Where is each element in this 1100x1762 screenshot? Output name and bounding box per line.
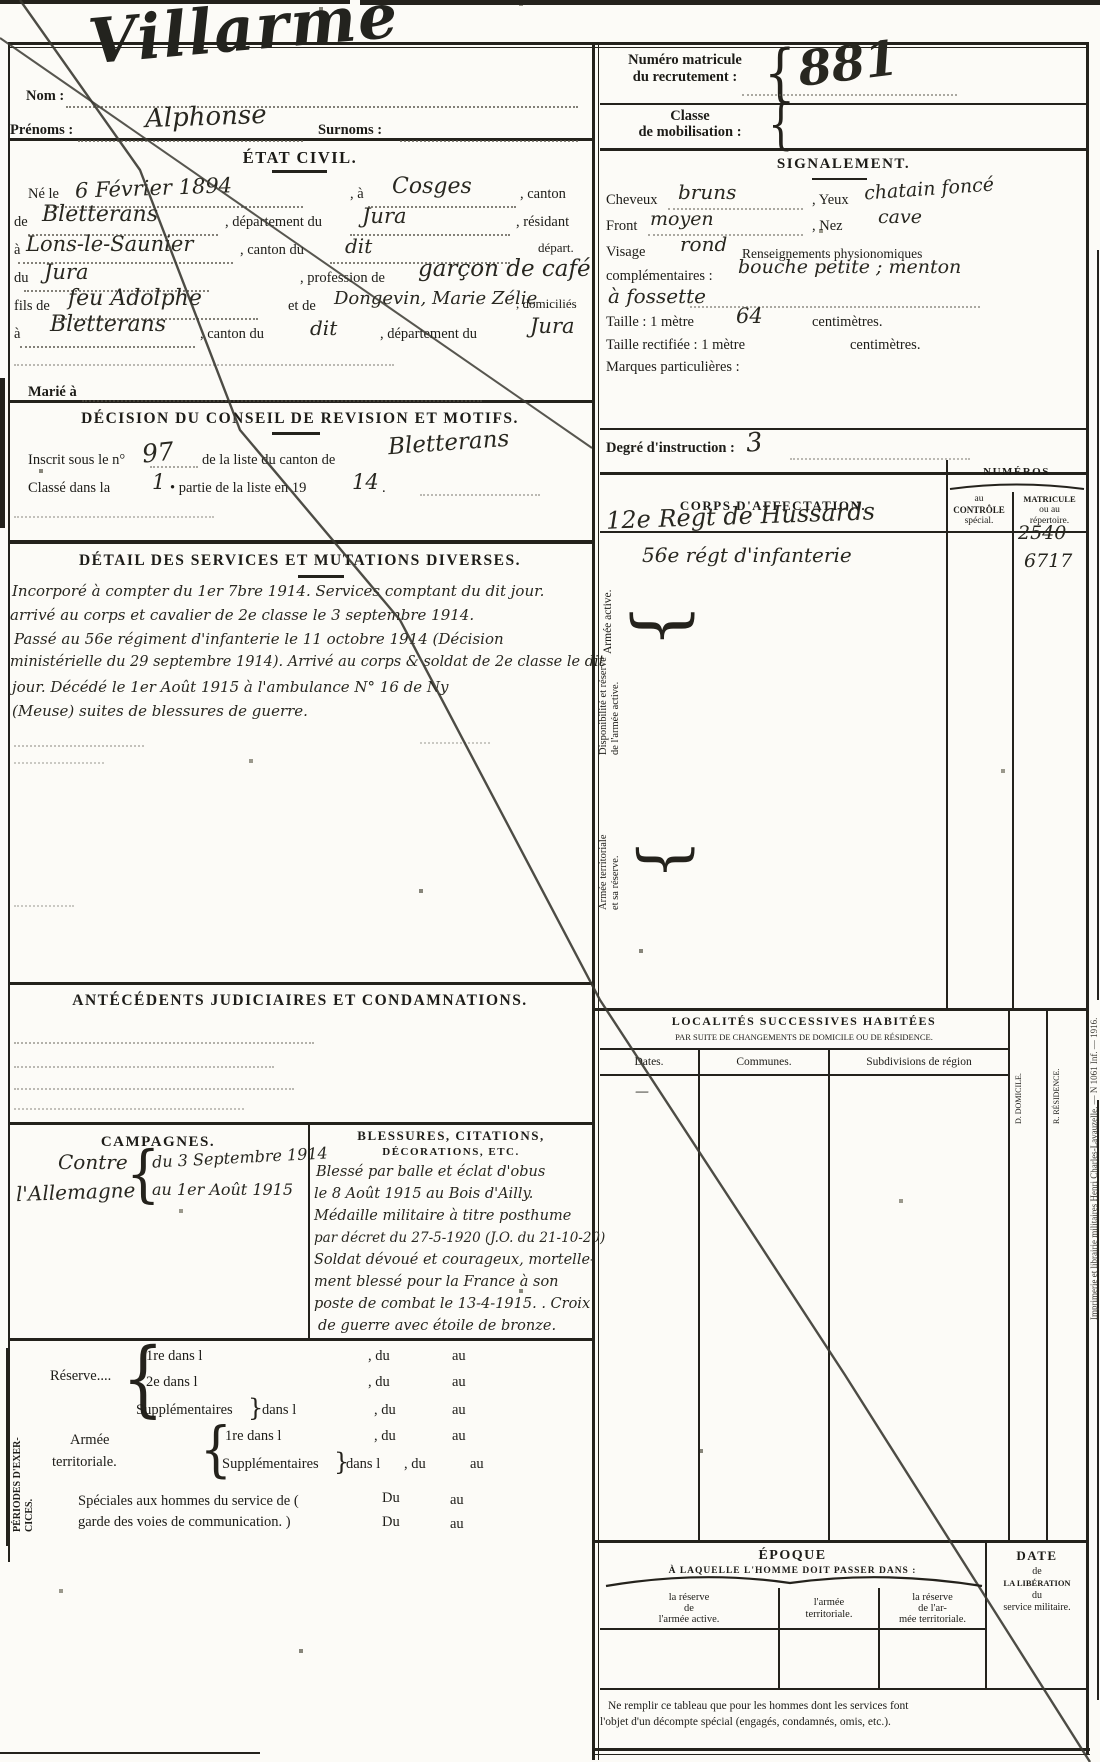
localites-subtitle: PAR SUITE DE CHANGEMENTS DE DOMICILE OU … <box>600 1032 1008 1042</box>
matricule-entry-handwritten: 6717 <box>1024 550 1072 572</box>
yeux-label: , Yeux <box>812 192 849 209</box>
blessure-line: Médaille militaire à titre posthume <box>314 1208 571 1224</box>
residence-handwritten: Lons-le-Saunier <box>26 232 193 256</box>
service-line: arrivé au corps et cavalier de 2e classe… <box>10 606 474 624</box>
rule <box>592 1008 1087 1011</box>
instruction-label: Degré d'instruction : <box>606 440 735 457</box>
periode-row: Supplémentaires <box>222 1456 319 1473</box>
instruction-handwritten: 3 <box>745 427 764 458</box>
form-label: et de <box>288 298 316 315</box>
epoque-col2-label: territoriale. <box>780 1609 878 1620</box>
epoque-col1-label: l'armée active. <box>600 1614 778 1625</box>
periode-row: dans l <box>346 1456 380 1473</box>
speciales-label-1: Spéciales aux hommes du service de ( <box>78 1493 299 1510</box>
profession-handwritten: garçon de café <box>418 256 591 282</box>
form-label: Classé dans la <box>28 480 110 497</box>
brace-glyph: { <box>200 1414 232 1484</box>
title-dash <box>272 432 320 435</box>
rule <box>1046 1010 1048 1540</box>
visage-handwritten: rond <box>680 232 727 256</box>
canton-list-handwritten: Bletterans <box>387 426 510 460</box>
dotted-line <box>420 494 540 496</box>
blessure-line: Blessé par balle et éclat d'obus <box>316 1164 545 1180</box>
nez-label: , Nez <box>812 218 843 235</box>
au-label: au <box>470 1456 484 1473</box>
dotted-line <box>14 745 144 747</box>
rule <box>698 1048 700 1540</box>
dotted-line <box>20 346 195 348</box>
date-liberation-header: service militaire. <box>987 1602 1087 1613</box>
form-label: , canton <box>520 186 566 203</box>
campagne-against-handwritten: Contre <box>58 1150 128 1174</box>
rule <box>8 1122 592 1125</box>
speciales-label-2: garde des voies de communication. ) <box>78 1514 291 1531</box>
title-dash <box>272 170 327 173</box>
surnoms-label: Surnoms : <box>318 122 382 139</box>
front-handwritten: moyen <box>650 208 714 230</box>
form-label: de la liste du canton de <box>202 452 335 469</box>
form-label: de <box>14 214 28 231</box>
mother-handwritten: Dongevin, Marie Zélie <box>334 288 537 309</box>
rule <box>8 42 10 1562</box>
rule <box>600 1628 985 1630</box>
scanned-military-record: Villarme Nom : Prénoms : Alphonse Surnom… <box>0 0 1100 1762</box>
margin-mark <box>0 378 5 528</box>
form-label: , département du <box>225 214 322 231</box>
periode-row: 1re dans l <box>146 1348 202 1365</box>
dotted-line <box>690 306 980 308</box>
rule <box>592 1748 1090 1751</box>
campagne-against2-handwritten: l'Allemagne <box>16 1178 136 1206</box>
epoque-subtitle: À LAQUELLE L'HOMME DOIT PASSER DANS : <box>600 1566 985 1576</box>
service-line: Incorporé à compter du 1er 7bre 1914. Se… <box>12 582 544 600</box>
father-handwritten: feu Adolphe <box>68 286 202 311</box>
dotted-line <box>14 762 104 764</box>
title-dash <box>812 178 867 180</box>
departement3-handwritten: Jura <box>530 314 575 338</box>
du-label: , du <box>404 1456 426 1473</box>
epoque-footnote-line2: l'objet d'un décompte spécial (engagés, … <box>600 1716 891 1728</box>
epoque-col2-label: l'armée <box>780 1597 878 1608</box>
departement-handwritten: Jura <box>362 204 407 228</box>
au-label: au <box>452 1374 466 1391</box>
form-label: , profession de <box>300 270 385 287</box>
form-label: , canton du <box>200 326 264 343</box>
classe-label-line2: de mobilisation : <box>620 124 760 141</box>
periode-row: 1re dans l <box>225 1428 281 1445</box>
epoque-footnote-line1: Ne remplir ce tableau que pour les homme… <box>608 1700 909 1712</box>
du-label: , du <box>374 1428 396 1445</box>
territoriale-label-2: territoriale. <box>52 1454 117 1471</box>
rule <box>8 540 592 544</box>
renseignements-handwritten-2: à fossette <box>608 284 706 308</box>
form-label: , résidant <box>516 214 569 231</box>
form-label: à <box>14 326 20 343</box>
rule <box>8 982 592 985</box>
epoque-col1-label: la réserve <box>600 1592 778 1603</box>
rule <box>600 1074 1008 1076</box>
du-label: Du <box>382 1514 400 1531</box>
reserve-label: Réserve.... <box>50 1368 111 1385</box>
etat-civil-title: ÉTAT CIVIL. <box>8 148 592 168</box>
rule <box>600 428 1086 430</box>
printer-imprint: Imprimerie et librairie militaires Henri… <box>1089 420 1099 1320</box>
renseignements-handwritten-1: bouche petite ; menton <box>738 256 961 278</box>
form-label: , domiciliés <box>516 296 577 312</box>
canton-dit2-handwritten: dit <box>310 316 337 340</box>
cheveux-label: Cheveux <box>606 192 658 209</box>
blessures-title-line2: DÉCORATIONS, ETC. <box>310 1146 592 1158</box>
au-label: au <box>452 1402 466 1419</box>
rule <box>600 1688 1087 1690</box>
disponibilite-row-label-1: Disponibilité et réserve <box>598 590 609 755</box>
rule <box>8 1338 592 1341</box>
list-number-handwritten: 97 <box>141 436 176 468</box>
date-liberation-header: de <box>987 1566 1087 1577</box>
form-label: , département du <box>380 326 477 343</box>
dotted-line <box>14 1088 294 1090</box>
marques-label: Marques particulières : <box>606 359 740 376</box>
localites-title: LOCALITÉS SUCCESSIVES HABITÉES <box>600 1014 1008 1029</box>
rule <box>592 42 595 1760</box>
epoque-col3-label: de l'ar- <box>880 1603 985 1614</box>
dotted-line <box>14 1066 274 1068</box>
au-label: au <box>452 1348 466 1365</box>
epoque-title: ÉPOQUE <box>600 1548 985 1564</box>
title-dash <box>298 575 344 578</box>
periodes-side-label-2: CICES. <box>24 1352 35 1532</box>
renseignements-label-2: complémentaires : <box>606 268 713 285</box>
dotted-line <box>14 364 394 366</box>
dotted-line <box>14 516 214 518</box>
matricule-number-handwritten: 881 <box>795 30 901 98</box>
dotted-line <box>420 742 490 744</box>
du-label: , du <box>368 1348 390 1365</box>
rule <box>600 148 1086 151</box>
partie-handwritten: 1 <box>152 470 165 494</box>
rule <box>600 1048 1008 1050</box>
service-line: ministérielle du 29 septembre 1914). Arr… <box>10 654 604 670</box>
blessure-line: poste de combat le 13-4-1915. . Croix <box>314 1296 590 1312</box>
numeros-header: NUMÉROS <box>946 466 1087 478</box>
brace-glyph: { <box>768 94 793 156</box>
blessure-line: par décret du 27-5-1920 (J.O. du 21-10-2… <box>314 1230 605 1246</box>
form-label: du <box>14 270 29 287</box>
canton-handwritten: Bletterans <box>42 202 158 227</box>
surname-handwritten: Villarme <box>85 0 402 78</box>
date-liberation-header: du <box>987 1590 1087 1601</box>
dotted-line <box>14 1042 314 1044</box>
birthdate-handwritten: 6 Février 1894 <box>75 173 233 202</box>
taille-handwritten: 64 <box>736 304 763 328</box>
form-label: . <box>382 480 386 497</box>
rule <box>1012 492 1014 1008</box>
classe-label-line1: Classe <box>620 108 760 125</box>
rule <box>592 1540 1087 1543</box>
form-label: • partie de la liste en 19 <box>170 480 306 497</box>
blessures-title-line1: BLESSURES, CITATIONS, <box>310 1128 592 1144</box>
annee-handwritten: 14 <box>352 470 379 494</box>
antecedents-title: ANTÉCÉDENTS JUDICIAIRES ET CONDAMNATIONS… <box>8 992 592 1010</box>
form-label: Né le <box>28 186 59 203</box>
birthplace-handwritten: Cosges <box>392 174 472 199</box>
blessure-line: ment blessé pour la France à son <box>314 1274 559 1290</box>
nom-label: Nom : <box>26 88 64 105</box>
periodes-side-label-1: PÉRIODES D'EXER- <box>12 1352 23 1532</box>
signalement-title: SIGNALEMENT. <box>600 156 1087 173</box>
domicile-handwritten: Bletterans <box>50 312 166 337</box>
controle-col-label: au <box>946 494 1012 504</box>
dotted-line <box>14 905 74 907</box>
rule <box>828 1048 830 1540</box>
brace-glyph: { <box>626 790 700 880</box>
rule <box>592 1754 1090 1755</box>
rule <box>0 1752 260 1754</box>
periodes-bracket <box>6 1348 9 1546</box>
marie-label: Marié à <box>28 384 77 401</box>
rule <box>600 103 1086 105</box>
brace-glyph: { <box>618 548 700 648</box>
territoriale-row-label-2: et sa réserve. <box>610 760 621 910</box>
periode-row: 2e dans l <box>146 1374 198 1391</box>
territoriale-row-label-1: Armée territoriale <box>598 760 609 910</box>
dates-col-header: Dates. <box>600 1056 698 1068</box>
campagne-au-handwritten: au 1er Août 1915 <box>152 1180 293 1199</box>
service-line: jour. Décédé le 1er Août 1915 à l'ambula… <box>12 678 449 696</box>
form-label: fils de <box>14 298 50 315</box>
matricule-col-label: ou au <box>1012 505 1087 515</box>
service-line: Passé au 56e régiment d'infanterie le 11… <box>14 630 504 648</box>
visage-label: Visage <box>606 244 645 261</box>
communes-col-header: Communes. <box>700 1056 828 1068</box>
nez-handwritten: cave <box>878 206 922 228</box>
domicile-side-label: D. DOMICILE. <box>1014 1012 1023 1124</box>
matricule-entry-handwritten: 2540 <box>1018 522 1066 544</box>
controle-col-label: spécial. <box>946 516 1012 526</box>
blessure-line: de guerre avec étoile de bronze. <box>318 1318 556 1334</box>
residence-side-label: R. RÉSIDENCE. <box>1052 1012 1061 1124</box>
blessure-line: Soldat dévoué et courageux, mortelle- <box>314 1252 595 1268</box>
dotted-line <box>150 466 198 468</box>
epoque-col1-label: de <box>600 1603 778 1614</box>
form-label: départ. <box>538 240 574 256</box>
date-liberation-header: DATE <box>987 1548 1087 1564</box>
yeux-handwritten: chatain foncé <box>863 173 994 204</box>
rule <box>360 0 1100 5</box>
dotted-line <box>14 1108 244 1110</box>
canton-dit-handwritten: dit <box>345 234 372 258</box>
taille-label: Taille : 1 mètre <box>606 314 694 331</box>
dotted-line <box>78 140 303 142</box>
dotted-line <box>82 400 482 402</box>
periode-row: dans l <box>262 1402 296 1419</box>
form-label: à <box>14 242 20 259</box>
territoriale-label-1: Armée <box>70 1432 109 1449</box>
brace-glyph: } <box>248 1394 263 1422</box>
services-title: DÉTAIL DES SERVICES ET MUTATIONS DIVERSE… <box>8 552 592 570</box>
disponibilite-row-label-2: de l'armée active. <box>610 590 621 755</box>
departement2-handwritten: Jura <box>44 260 89 284</box>
controle-col-label: CONTRÔLE <box>946 505 1012 515</box>
au-label: au <box>450 1492 464 1509</box>
rule <box>1008 1010 1010 1540</box>
form-label: Inscrit sous le n° <box>28 452 125 469</box>
matricule-label-line1: Numéro matricule <box>606 52 764 69</box>
dotted-line <box>400 140 578 142</box>
taille-rect-suffix: centimètres. <box>850 337 920 354</box>
blessure-line: le 8 Août 1915 au Bois d'Ailly. <box>314 1186 533 1202</box>
firstname-handwritten: Alphonse <box>145 100 268 134</box>
au-label: au <box>450 1516 464 1533</box>
taille-suffix: centimètres. <box>812 314 882 331</box>
du-label: , du <box>368 1374 390 1391</box>
rule <box>946 460 948 1008</box>
au-label: au <box>452 1428 466 1445</box>
du-label: Du <box>382 1490 400 1507</box>
cheveux-handwritten: bruns <box>678 180 736 204</box>
front-label: Front <box>606 218 637 235</box>
dotted-line <box>350 234 510 236</box>
service-line: (Meuse) suites de blessures de guerre. <box>12 702 308 720</box>
prenoms-label: Prénoms : <box>10 122 73 139</box>
dates-mark-handwritten: — <box>635 1084 649 1100</box>
subdivisions-col-header: Subdivisions de région <box>830 1056 1008 1068</box>
matricule-label-line2: du recrutement : <box>606 69 764 86</box>
du-label: , du <box>374 1402 396 1419</box>
epoque-col3-label: la réserve <box>880 1592 985 1603</box>
taille-rect-label: Taille rectifiée : 1 mètre <box>606 337 745 354</box>
date-liberation-header: LA LIBÉRATION <box>987 1578 1087 1588</box>
form-label: , canton du <box>240 242 304 259</box>
dotted-line <box>790 458 970 460</box>
dotted-line <box>66 106 578 108</box>
matricule-col-label: MATRICULE <box>1012 494 1087 504</box>
form-label: , à <box>350 186 364 203</box>
epoque-col3-label: mée territoriale. <box>880 1614 985 1625</box>
